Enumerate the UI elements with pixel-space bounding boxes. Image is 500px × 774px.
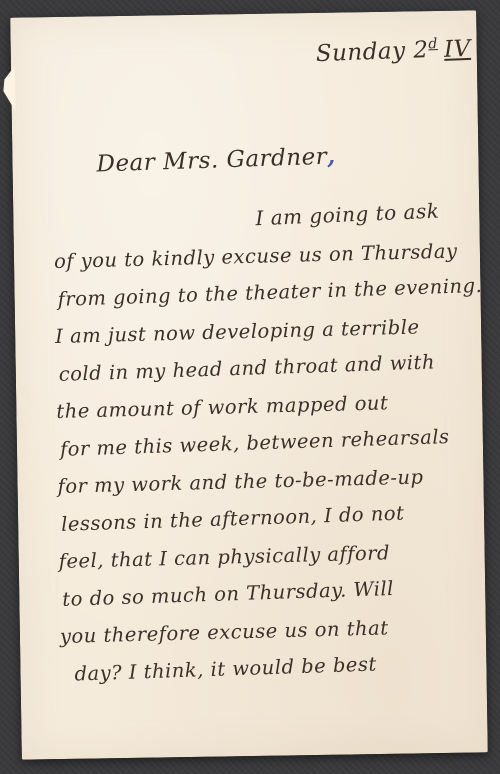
opening-line: I am going to ask bbox=[255, 199, 440, 231]
torn-edge-notch bbox=[3, 66, 16, 112]
date-prefix: Sunday 2 bbox=[315, 37, 429, 67]
letter-body: of you to kindly excuse us on Thursday f… bbox=[54, 237, 473, 693]
date-suffix: IV bbox=[444, 36, 472, 63]
date-line: Sunday 2dIV bbox=[315, 35, 471, 67]
date-superscript: d bbox=[428, 36, 438, 52]
letter-paper: Sunday 2dIV Dear Mrs. Gardner, I am goin… bbox=[10, 10, 488, 759]
salutation-text: Dear Mrs. Gardner bbox=[96, 144, 328, 178]
salutation-comma-blue-ink: , bbox=[327, 143, 336, 170]
salutation: Dear Mrs. Gardner, bbox=[96, 143, 336, 178]
photo-background: Sunday 2dIV Dear Mrs. Gardner, I am goin… bbox=[0, 0, 500, 774]
